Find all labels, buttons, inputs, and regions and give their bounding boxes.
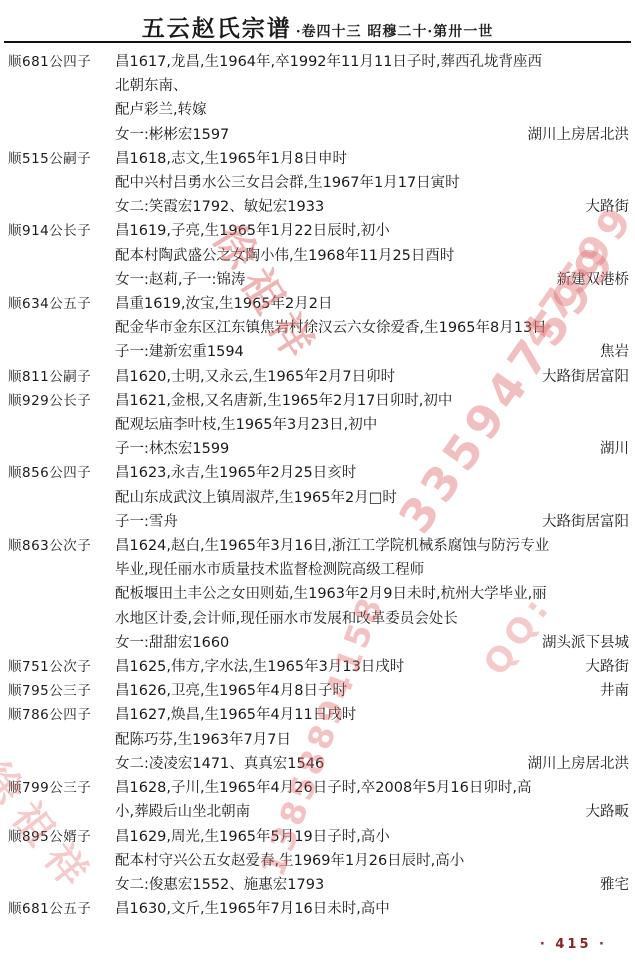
genealogy-entry: 顺795公三子昌1626,卫亮,生1965年4月8日子时井南: [8, 679, 629, 703]
entry-line: 女一:甜甜宏1660湖头派下县城: [115, 631, 629, 655]
entry-line: 子一:雪舟大路街居富阳: [115, 510, 629, 534]
entry-line: 配陈巧芬,生1963年7月7日: [115, 728, 629, 752]
entry-line: 昌1625,伟方,字水法,生1965年3月13日戌时大路街: [115, 655, 629, 679]
entry-content: 昌1624,赵白,生1965年3月16日,浙江工学院机械系腐蚀与防污专业毕业,现…: [115, 534, 629, 655]
entry-line: 昌1624,赵白,生1965年3月16日,浙江工学院机械系腐蚀与防污专业: [115, 534, 629, 558]
entry-line: 昌1628,子川,生1965年4月26日子时,卒2008年5月16日卯时,高: [115, 776, 629, 800]
entry-label: 顺515公嗣子: [8, 147, 115, 220]
genealogy-entry: 顺786公四子昌1627,焕昌,生1965年4月11日戌时配陈巧芬,生1963年…: [8, 703, 629, 776]
entry-label: 顺914公长子: [8, 219, 115, 292]
entry-label: 顺863公次子: [8, 534, 115, 655]
entry-line: 毕业,现任丽水市质量技术监督检测院高级工程师: [115, 558, 629, 582]
entry-line-text: 配观坛庙李叶枝,生1965年3月23日,初中: [115, 413, 377, 437]
genealogy-entry: 顺856公四子昌1623,永吉,生1965年2月25日亥时配山东成武汶上镇周淑芹…: [8, 461, 629, 534]
entry-line-text: 女二:凌凌宏1471、真真宏1546: [115, 752, 324, 776]
entry-line: 女一:赵莉,子一:锦涛新建双港桥: [115, 268, 629, 292]
entry-line-text: 配陈巧芬,生1963年7月7日: [115, 728, 291, 752]
entry-line-text: 北朝东南、: [115, 74, 188, 98]
entry-residence: 大路畈: [578, 800, 630, 824]
entry-residence: 雅宅: [592, 873, 629, 897]
genealogy-entry: 顺681公五子昌1630,文斤,生1965年7月16日未时,高中: [8, 897, 629, 921]
entry-label: 顺681公四子: [8, 50, 115, 147]
entry-line-text: 昌1629,周光,生1965年5月19日子时,高小: [115, 825, 390, 849]
entry-line: 配金华市金东区江东镇焦岩村徐汉云六女徐爱香,生1965年8月13日: [115, 316, 629, 340]
entry-label: 顺634公五子: [8, 292, 115, 365]
entry-content: 昌1617,龙昌,生1964年,卒1992年11月11日子时,葬西孔垅背座西北朝…: [115, 50, 629, 147]
entry-residence: 湖川: [592, 437, 629, 461]
entry-residence: 湖头派下县城: [534, 631, 629, 655]
entry-line-text: 子一:林杰宏1599: [115, 437, 229, 461]
genealogy-entry: 顺914公长子昌1619,子亮,生1965年1月22日辰时,初小配本村陶武盛公之…: [8, 219, 629, 292]
entries-list: 顺681公四子昌1617,龙昌,生1964年,卒1992年11月11日子时,葬西…: [8, 50, 629, 921]
entry-line: 昌1623,永吉,生1965年2月25日亥时: [115, 461, 629, 485]
entry-residence: 焦岩: [592, 340, 629, 364]
genealogy-entry: 顺751公次子昌1625,伟方,字水法,生1965年3月13日戌时大路街: [8, 655, 629, 679]
entry-line: 昌1620,士明,又永云,生1965年2月7日卯时大路街居富阳: [115, 365, 629, 389]
entry-line-text: 女一:甜甜宏1660: [115, 631, 229, 655]
genealogy-entry: 顺895公婿子昌1629,周光,生1965年5月19日子时,高小配本村守兴公五女…: [8, 825, 629, 898]
entry-line-text: 女二:笑霞宏1792、敏妃宏1933: [115, 195, 324, 219]
entry-label: 顺786公四子: [8, 703, 115, 776]
entry-residence: 湖川上房居北洪: [520, 752, 630, 776]
entry-line-text: 昌重1619,汝宝,生1965年2月2日: [115, 292, 332, 316]
entry-label: 顺799公三子: [8, 776, 115, 824]
entry-line: 子一:林杰宏1599湖川: [115, 437, 629, 461]
entry-line-text: 配本村陶武盛公之女陶小伟,生1968年11月25日酉时: [115, 244, 454, 268]
entry-line: 昌1626,卫亮,生1965年4月8日子时井南: [115, 679, 629, 703]
entry-line: 配卢彩兰,转嫁: [115, 98, 629, 122]
entry-line: 女一:彬彬宏1597湖川上房居北洪: [115, 123, 629, 147]
entry-line: 昌1629,周光,生1965年5月19日子时,高小: [115, 825, 629, 849]
entry-line: 昌1619,子亮,生1965年1月22日辰时,初小: [115, 219, 629, 243]
entry-line-text: 昌1626,卫亮,生1965年4月8日子时: [115, 679, 347, 703]
entry-residence: 湖川上房居北洪: [520, 123, 630, 147]
entry-line-text: 昌1621,金根,又名唐新,生1965年2月17日卯时,初中: [115, 389, 452, 413]
entry-residence: 大路街居富阳: [534, 365, 629, 389]
entry-content: 昌1629,周光,生1965年5月19日子时,高小配本村守兴公五女赵爱春,生19…: [115, 825, 629, 898]
entry-line-text: 毕业,现任丽水市质量技术监督检测院高级工程师: [115, 558, 424, 582]
genealogy-entry: 顺799公三子昌1628,子川,生1965年4月26日子时,卒2008年5月16…: [8, 776, 629, 824]
entry-content: 昌1621,金根,又名唐新,生1965年2月17日卯时,初中配观坛庙李叶枝,生1…: [115, 389, 629, 462]
entry-content: 昌1623,永吉,生1965年2月25日亥时配山东成武汶上镇周淑芹,生1965年…: [115, 461, 629, 534]
entry-line-text: 昌1618,志文,生1965年1月8日申时: [115, 147, 347, 171]
entry-residence: 井南: [592, 679, 629, 703]
entry-content: 昌1618,志文,生1965年1月8日申时配中兴村吕勇水公三女吕会群,生1967…: [115, 147, 629, 220]
entry-line: 昌1617,龙昌,生1964年,卒1992年11月11日子时,葬西孔垅背座西: [115, 50, 629, 74]
entry-residence: 大路街: [578, 655, 630, 679]
genealogy-entry: 顺929公长子昌1621,金根,又名唐新,生1965年2月17日卯时,初中配观坛…: [8, 389, 629, 462]
genealogy-entry: 顺515公嗣子昌1618,志文,生1965年1月8日申时配中兴村吕勇水公三女吕会…: [8, 147, 629, 220]
genealogy-page: 五云赵氏宗谱·卷四十三 昭穆二十·第卅一世 徐祖祥 335947599 1385…: [0, 0, 635, 968]
entry-residence: 大路街: [578, 195, 630, 219]
entry-line-text: 配金华市金东区江东镇焦岩村徐汉云六女徐爱香,生1965年8月13日: [115, 316, 547, 340]
entry-line: 昌重1619,汝宝,生1965年2月2日: [115, 292, 629, 316]
entry-line: 昌1630,文斤,生1965年7月16日未时,高中: [115, 897, 629, 921]
entry-line-text: 昌1619,子亮,生1965年1月22日辰时,初小: [115, 219, 390, 243]
entry-label: 顺929公长子: [8, 389, 115, 462]
entry-line: 小,葬殿后山坐北朝南大路畈: [115, 800, 629, 824]
entry-line: 子一:建新宏重1594焦岩: [115, 340, 629, 364]
entry-line: 女二:俊惠宏1552、施惠宏1793雅宅: [115, 873, 629, 897]
entry-content: 昌1628,子川,生1965年4月26日子时,卒2008年5月16日卯时,高小,…: [115, 776, 629, 824]
entry-line-text: 昌1617,龙昌,生1964年,卒1992年11月11日子时,葬西孔垅背座西: [115, 50, 542, 74]
entry-line-text: 水地区计委,会计师,现任丽水市发展和改革委员会处长: [115, 607, 458, 631]
entry-line-text: 昌1624,赵白,生1965年3月16日,浙江工学院机械系腐蚀与防污专业: [115, 534, 549, 558]
entry-line-text: 昌1625,伟方,字水法,生1965年3月13日戌时: [115, 655, 404, 679]
book-title: 五云赵氏宗谱: [142, 15, 292, 42]
page-header: 五云赵氏宗谱·卷四十三 昭穆二十·第卅一世: [0, 10, 635, 43]
entry-line: 女二:笑霞宏1792、敏妃宏1933大路街: [115, 195, 629, 219]
entry-line: 配观坛庙李叶枝,生1965年3月23日,初中: [115, 413, 629, 437]
entry-content: 昌1626,卫亮,生1965年4月8日子时井南: [115, 679, 629, 703]
entry-label: 顺795公三子: [8, 679, 115, 703]
entry-line-text: 昌1630,文斤,生1965年7月16日未时,高中: [115, 897, 390, 921]
entry-line-text: 子一:雪舟: [115, 510, 178, 534]
entry-line: 昌1627,焕昌,生1965年4月11日戌时: [115, 703, 629, 727]
entry-line-text: 配卢彩兰,转嫁: [115, 98, 207, 122]
genealogy-entry: 顺681公四子昌1617,龙昌,生1964年,卒1992年11月11日子时,葬西…: [8, 50, 629, 147]
entry-line-text: 配板堰田土丰公之女田则茹,生1963年2月9日未时,杭州大学毕业,丽: [115, 582, 547, 606]
entry-content: 昌1630,文斤,生1965年7月16日未时,高中: [115, 897, 629, 921]
volume-subtitle: ·卷四十三 昭穆二十·第卅一世: [296, 24, 494, 40]
entry-line: 配山东成武汶上镇周淑芹,生1965年2月□时: [115, 486, 629, 510]
entry-line: 北朝东南、: [115, 74, 629, 98]
entry-content: 昌1619,子亮,生1965年1月22日辰时,初小配本村陶武盛公之女陶小伟,生1…: [115, 219, 629, 292]
entry-content: 昌1627,焕昌,生1965年4月11日戌时配陈巧芬,生1963年7月7日女二:…: [115, 703, 629, 776]
entry-line-text: 昌1620,士明,又永云,生1965年2月7日卯时: [115, 365, 395, 389]
entry-line-text: 昌1623,永吉,生1965年2月25日亥时: [115, 461, 356, 485]
entry-content: 昌1625,伟方,字水法,生1965年3月13日戌时大路街: [115, 655, 629, 679]
entry-label: 顺751公次子: [8, 655, 115, 679]
entry-residence: 新建双港桥: [549, 268, 630, 292]
entry-line: 昌1621,金根,又名唐新,生1965年2月17日卯时,初中: [115, 389, 629, 413]
entry-label: 顺811公嗣子: [8, 365, 115, 389]
entry-residence: 大路街居富阳: [534, 510, 629, 534]
entry-line-text: 昌1627,焕昌,生1965年4月11日戌时: [115, 703, 356, 727]
entry-line: 配本村守兴公五女赵爱春,生1969年1月26日辰时,高小: [115, 849, 629, 873]
entry-line: 配本村陶武盛公之女陶小伟,生1968年11月25日酉时: [115, 244, 629, 268]
entry-line-text: 配山东成武汶上镇周淑芹,生1965年2月□时: [115, 486, 397, 510]
entry-line-text: 子一:建新宏重1594: [115, 340, 244, 364]
genealogy-entry: 顺811公嗣子昌1620,士明,又永云,生1965年2月7日卯时大路街居富阳: [8, 365, 629, 389]
entry-label: 顺681公五子: [8, 897, 115, 921]
entry-label: 顺895公婿子: [8, 825, 115, 898]
entry-line-text: 配本村守兴公五女赵爱春,生1969年1月26日辰时,高小: [115, 849, 464, 873]
genealogy-entry: 顺863公次子昌1624,赵白,生1965年3月16日,浙江工学院机械系腐蚀与防…: [8, 534, 629, 655]
entry-line: 配中兴村吕勇水公三女吕会群,生1967年1月17日寅时: [115, 171, 629, 195]
page-number: · 415 ·: [540, 937, 607, 952]
entry-line-text: 女一:赵莉,子一:锦涛: [115, 268, 245, 292]
entry-line-text: 女一:彬彬宏1597: [115, 123, 229, 147]
entry-content: 昌1620,士明,又永云,生1965年2月7日卯时大路街居富阳: [115, 365, 629, 389]
entry-line-text: 昌1628,子川,生1965年4月26日子时,卒2008年5月16日卯时,高: [115, 776, 532, 800]
entry-line: 昌1618,志文,生1965年1月8日申时: [115, 147, 629, 171]
entry-line: 配板堰田土丰公之女田则茹,生1963年2月9日未时,杭州大学毕业,丽: [115, 582, 629, 606]
entry-line-text: 女二:俊惠宏1552、施惠宏1793: [115, 873, 324, 897]
entry-line-text: 配中兴村吕勇水公三女吕会群,生1967年1月17日寅时: [115, 171, 460, 195]
genealogy-entry: 顺634公五子昌重1619,汝宝,生1965年2月2日配金华市金东区江东镇焦岩村…: [8, 292, 629, 365]
header-divider: [4, 41, 631, 43]
entry-line: 水地区计委,会计师,现任丽水市发展和改革委员会处长: [115, 607, 629, 631]
entry-line-text: 小,葬殿后山坐北朝南: [115, 800, 250, 824]
entry-content: 昌重1619,汝宝,生1965年2月2日配金华市金东区江东镇焦岩村徐汉云六女徐爱…: [115, 292, 629, 365]
entry-label: 顺856公四子: [8, 461, 115, 534]
entry-line: 女二:凌凌宏1471、真真宏1546湖川上房居北洪: [115, 752, 629, 776]
